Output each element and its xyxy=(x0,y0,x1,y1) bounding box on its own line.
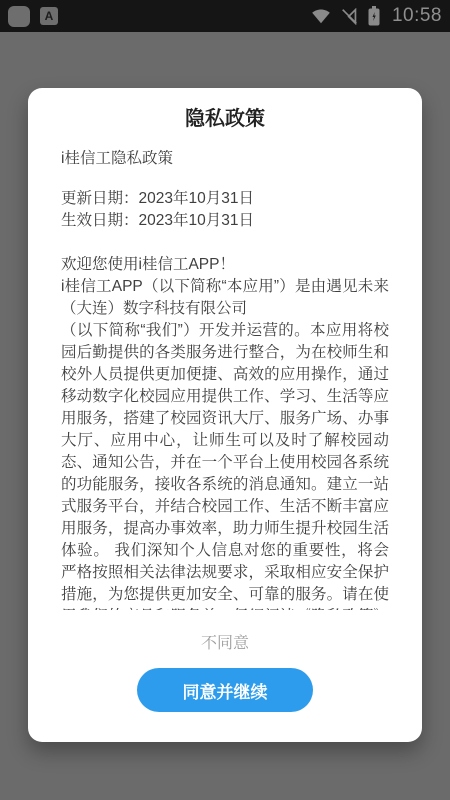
status-bar: A 10:58 xyxy=(0,0,450,32)
update-date: 更新日期：2023年10月31日 xyxy=(61,188,389,210)
policy-dates: 更新日期：2023年10月31日 生效日期：2023年10月31日 xyxy=(61,188,389,232)
no-sim-icon xyxy=(341,8,358,25)
dialog-title: 隐私政策 xyxy=(28,88,422,131)
privacy-policy-dialog: 隐私政策 i桂信工隐私政策 更新日期：2023年10月31日 生效日期：2023… xyxy=(28,88,422,742)
status-time: 10:58 xyxy=(392,5,442,27)
battery-icon xyxy=(368,6,380,26)
policy-text-scroll-area[interactable]: i桂信工隐私政策 更新日期：2023年10月31日 生效日期：2023年10月3… xyxy=(61,148,389,610)
policy-document-title: i桂信工隐私政策 xyxy=(61,148,389,170)
policy-paragraph: 欢迎您使用i桂信工APP！ xyxy=(61,254,389,276)
agree-continue-button[interactable]: 同意并继续 xyxy=(137,668,313,712)
app-notification-icon xyxy=(8,6,30,27)
disagree-button[interactable]: 不同意 xyxy=(28,633,422,655)
policy-paragraph: （以下简称“我们”）开发并运营的。本应用将校园后勤提供的各类服务进行整合，为在校… xyxy=(61,320,389,610)
policy-paragraph: i桂信工APP（以下简称“本应用”）是由遇见未来（大连）数字科技有限公司 xyxy=(61,276,389,320)
policy-body-text: 欢迎您使用i桂信工APP！ i桂信工APP（以下简称“本应用”）是由遇见未来（大… xyxy=(61,254,389,610)
effective-date: 生效日期：2023年10月31日 xyxy=(61,210,389,232)
wifi-icon xyxy=(311,8,331,24)
input-method-icon: A xyxy=(40,7,58,25)
